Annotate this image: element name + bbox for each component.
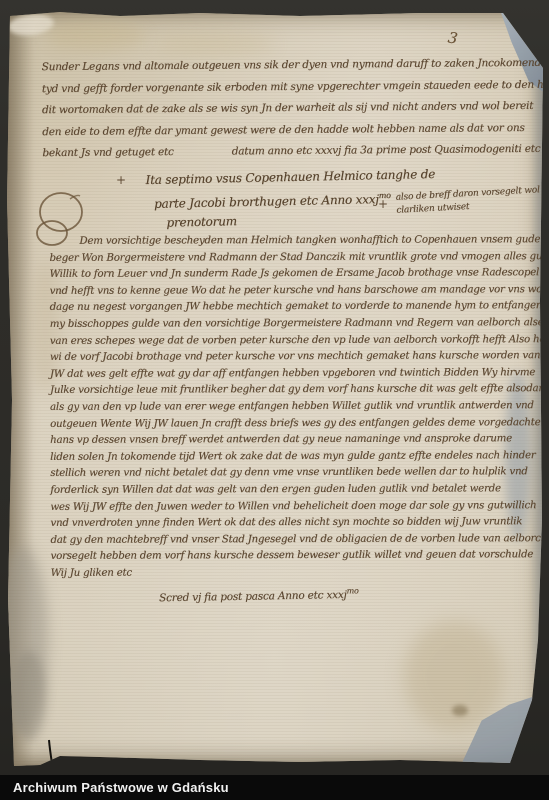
paper-scrap-top-left xyxy=(7,13,55,38)
manuscript-line: dage nu negest vorgangen JW hebbe mechti… xyxy=(50,299,534,317)
manuscript-line: vnd hefft vns to kenne geue Wo dat he pe… xyxy=(50,282,534,300)
manuscript-line: Willik to forn Leuer vnd Jn sunderm Rade… xyxy=(50,265,534,283)
datum-note: datum anno etc xxxvj fia 3a prime post Q… xyxy=(232,139,541,163)
manuscript-line: forderlick syn Willen dat dat was gelt v… xyxy=(50,481,534,499)
dateline-text: Scred vj fia post pasca Anno etc xxxj xyxy=(159,589,347,604)
main-paragraph: Dem vorsichtige bescheyden man Helmich t… xyxy=(49,232,534,582)
paper-stain xyxy=(12,651,46,741)
dateline: Scred vj fia post pasca Anno etc xxxjmo xyxy=(159,586,359,604)
manuscript-line: bekant Js vnd getuget etcdatum anno etc … xyxy=(42,139,532,165)
manuscript-line: beger Won Borgermeistere vnd Radmann der… xyxy=(49,249,533,267)
paper-stain xyxy=(154,33,274,55)
manuscript-line: wes Wij JW effte den Juwen weder to Will… xyxy=(50,498,534,516)
manuscript-line: stellich weren vnd nicht betalet dat gy … xyxy=(50,464,534,482)
manuscript-line: wi de vorf Jacobi brothage vnd peter kur… xyxy=(50,348,534,366)
manuscript-closing-line: Wij Ju gliken etc xyxy=(51,564,535,582)
binding-spine-shadow xyxy=(4,11,34,768)
manuscript-line: dat gy den machtebreff vnd vnser Stad Jn… xyxy=(50,531,534,549)
manuscript-line: liden solen Jn tokomende tijd Wert ok za… xyxy=(50,448,534,466)
heading-block: Ita septimo vsus Copenhauen Helmico tang… xyxy=(145,165,436,234)
page-number: 3 xyxy=(447,28,459,47)
edge-discoloration-bottom-right xyxy=(443,696,535,768)
manuscript-line: Julke vorsichtige leue mit fruntliker be… xyxy=(50,381,534,399)
manuscript-line: vnd vnverdroten ynne finden Wert ok dat … xyxy=(50,514,534,532)
manuscript-line: outgeuen Wente Wij JW lauen Jn crafft de… xyxy=(50,415,534,433)
heading-line-text: parte Jacobi brorthugen etc Anno xxxj xyxy=(154,192,379,211)
manuscript-line: van eres schepes wege dat de vorben pete… xyxy=(50,332,534,350)
marginal-cross-mark: + xyxy=(116,173,126,187)
manuscript-line: als gy van den vp lude van erer wege ent… xyxy=(50,398,534,416)
paper-stain xyxy=(46,21,146,51)
manuscript-line: JW dat wes gelt effte wat gy dar aff ent… xyxy=(50,365,534,383)
paper-stain xyxy=(0,546,48,731)
manuscript-page: 3 Sunder Legans vnd altomale outgeuen vn… xyxy=(4,11,545,768)
manuscript-line: Dem vorsichtige bescheyden man Helmich t… xyxy=(49,232,533,250)
closing-words: bekant Js vnd getuget etc xyxy=(42,146,173,159)
manuscript-line: my bisschoppes gulde van den vorsichtige… xyxy=(50,315,534,333)
superscript: mo xyxy=(346,586,358,595)
manuscript-scan: 3 Sunder Legans vnd altomale outgeuen vn… xyxy=(0,0,549,800)
opening-paragraph: Sunder Legans vnd altomale outgeuen vns … xyxy=(42,53,533,165)
manuscript-line: vorsegelt hebben dem vorf hans kursche d… xyxy=(50,547,534,565)
archive-watermark-text: Archiwum Państwowe w Gdańsku xyxy=(0,775,549,800)
ink-spot xyxy=(452,705,468,716)
side-cross-mark: + xyxy=(378,197,388,211)
manuscript-line: hans vp dessen vnsen breff werdet antwer… xyxy=(50,431,534,449)
archive-watermark-bar: Archiwum Państwowe w Gdańsku xyxy=(0,775,549,800)
paper-stain xyxy=(404,621,504,731)
